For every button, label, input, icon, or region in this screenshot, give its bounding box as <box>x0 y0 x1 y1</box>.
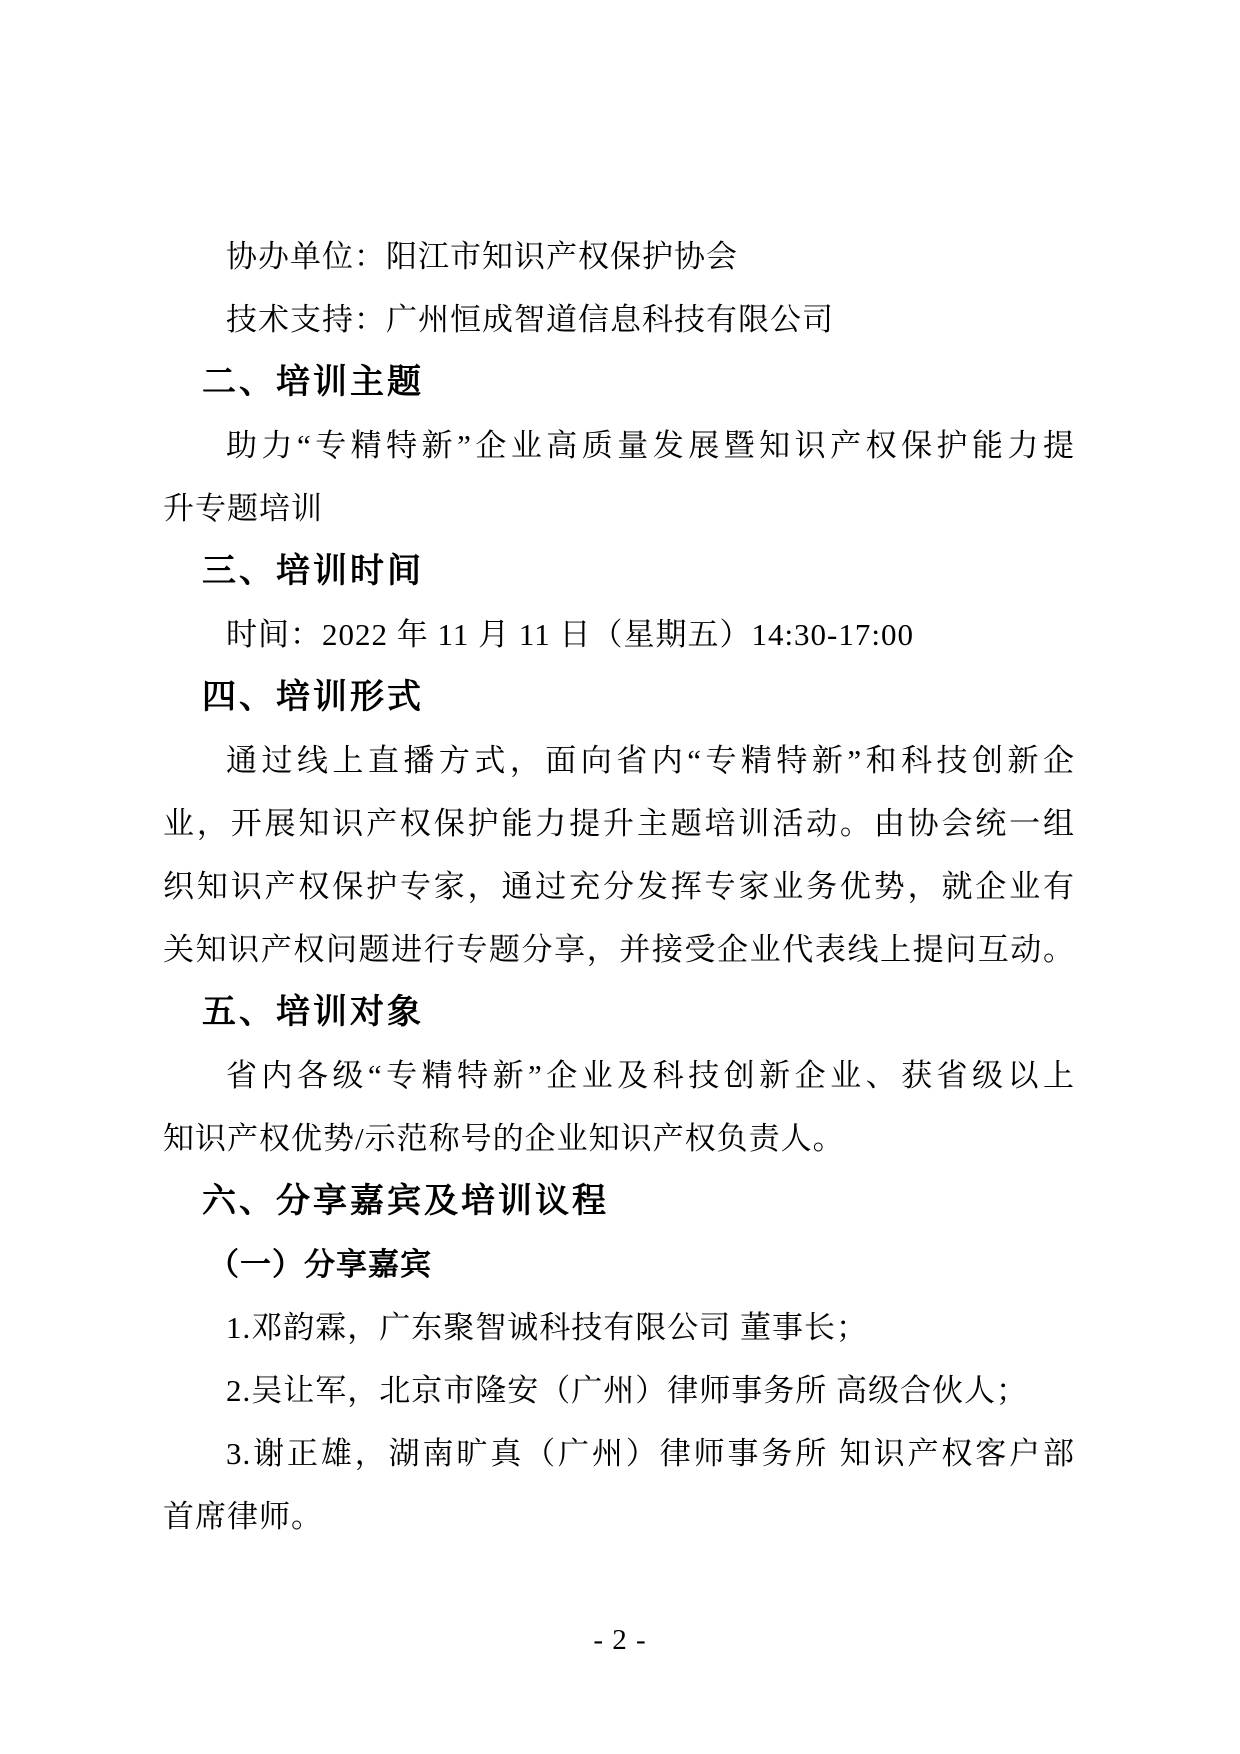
training-theme-line-2: 升专题培训 <box>163 477 1075 540</box>
tech-support-line: 技术支持：广州恒成智道信息科技有限公司 <box>163 288 1075 351</box>
section-heading-guests-agenda: 六、分享嘉宾及培训议程 <box>163 1170 1075 1233</box>
guest-item-1: 1.邓韵霖，广东聚智诚科技有限公司 董事长； <box>163 1296 1075 1359</box>
section-heading-training-time: 三、培训时间 <box>163 540 1075 603</box>
page-number: - 2 - <box>0 1622 1240 1658</box>
guest-item-3-line-2: 首席律师。 <box>163 1485 1075 1548</box>
training-time-line: 时间：2022 年 11 月 11 日（星期五）14:30-17:00 <box>163 603 1075 666</box>
section-heading-training-format: 四、培训形式 <box>163 666 1075 729</box>
document-body: 协办单位：阳江市知识产权保护协会 技术支持：广州恒成智道信息科技有限公司 二、培… <box>163 225 1075 1548</box>
section-heading-training-theme: 二、培训主题 <box>163 351 1075 414</box>
training-format-line-3: 织知识产权保护专家，通过充分发挥专家业务优势，就企业有 <box>163 855 1075 918</box>
training-format-line-2: 业，开展知识产权保护能力提升主题培训活动。由协会统一组 <box>163 792 1075 855</box>
guest-item-2: 2.吴让军，北京市隆安（广州）律师事务所 高级合伙人； <box>163 1359 1075 1422</box>
training-theme-line-1: 助力“专精特新”企业高质量发展暨知识产权保护能力提 <box>163 414 1075 477</box>
training-audience-line-2: 知识产权优势/示范称号的企业知识产权负责人。 <box>163 1107 1075 1170</box>
guest-item-3-line-1: 3.谢正雄，湖南旷真（广州）律师事务所 知识产权客户部 <box>163 1422 1075 1485</box>
training-format-line-1: 通过线上直播方式，面向省内“专精特新”和科技创新企 <box>163 729 1075 792</box>
subsection-heading-guests: （一）分享嘉宾 <box>163 1233 1075 1296</box>
training-format-line-4: 关知识产权问题进行专题分享，并接受企业代表线上提问互动。 <box>163 918 1075 981</box>
co-organizer-line: 协办单位：阳江市知识产权保护协会 <box>163 225 1075 288</box>
section-heading-training-audience: 五、培训对象 <box>163 981 1075 1044</box>
training-audience-line-1: 省内各级“专精特新”企业及科技创新企业、获省级以上 <box>163 1044 1075 1107</box>
document-page: 协办单位：阳江市知识产权保护协会 技术支持：广州恒成智道信息科技有限公司 二、培… <box>0 0 1240 1754</box>
